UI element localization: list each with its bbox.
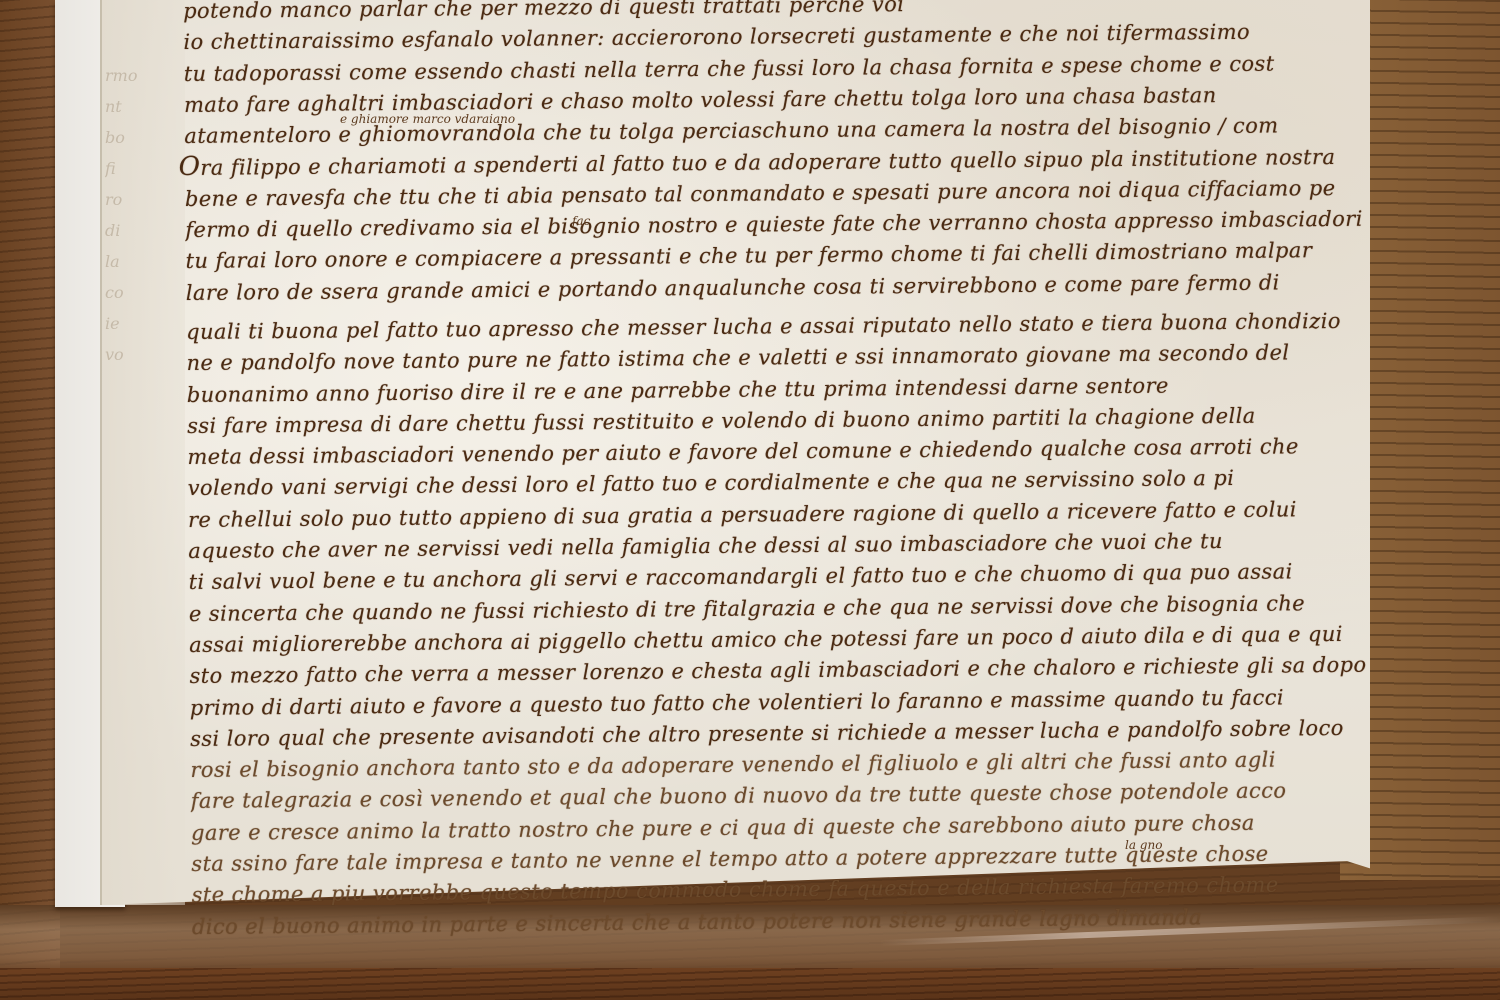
- wooden-surface-left: [0, 0, 60, 1000]
- interlinear-annotation: fac: [572, 214, 590, 228]
- wooden-shelf-front: [0, 968, 1500, 1000]
- bleed-through-margin-text: rmo nt bo fi ro di la co ie vo: [105, 60, 180, 370]
- interlinear-annotation: e ghiamore marco vdaraiano: [340, 112, 515, 126]
- interlinear-annotation: la gno: [1125, 838, 1162, 852]
- manuscript-photo-scene: rmo nt bo fi ro di la co ie vo potendo m…: [0, 0, 1500, 1000]
- handwritten-text-block: potendo manco parlar che per mezzo di qu…: [183, 0, 1382, 943]
- page-edge-line: [100, 0, 102, 905]
